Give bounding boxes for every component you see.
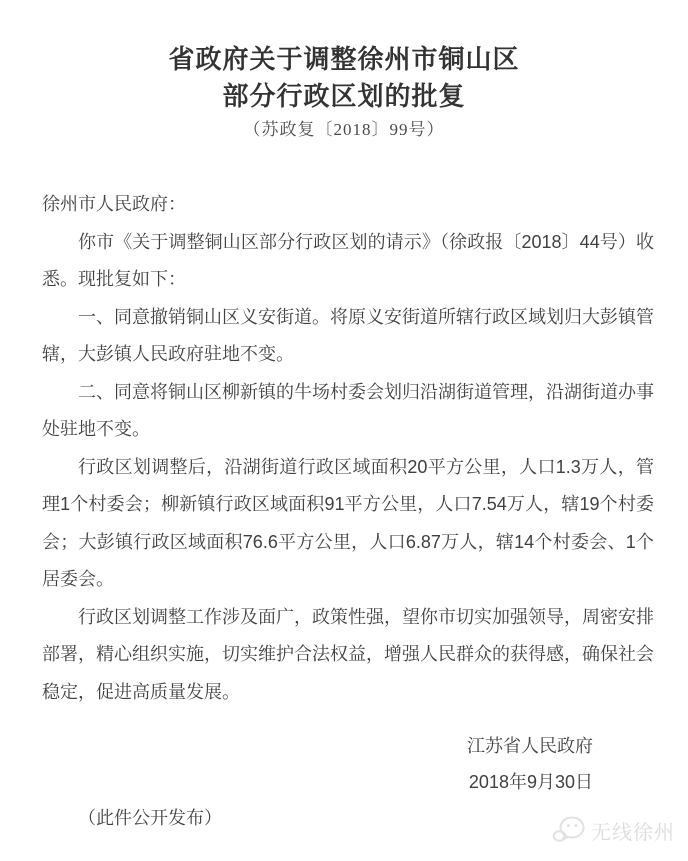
watermark-label: 无线徐州 [591, 816, 675, 845]
paragraph-requirements: 行政区划调整工作涉及面广，政策性强，望你市切实加强领导，周密安排部署，精心组织实… [42, 599, 654, 712]
signature-block: 江苏省人民政府 2018年9月30日 [42, 728, 654, 800]
document-title-line1: 省政府关于调整徐州市铜山区 [0, 41, 688, 78]
document-page: 省政府关于调整徐州市铜山区 部分行政区划的批复 （苏政复〔2018〕99号） 徐… [0, 0, 688, 861]
signature-issuer: 江苏省人民政府 [42, 728, 593, 764]
document-body: 徐州市人民政府： 你市《关于调整铜山区部分行政区划的请示》（徐政报〔2018〕4… [42, 186, 654, 836]
document-number: （苏政复〔2018〕99号） [0, 118, 688, 142]
signature-date: 2018年9月30日 [42, 764, 593, 800]
paragraph-statistics: 行政区划调整后，沿湖街道行政区域面积20平方公里，人口1.3万人，管理1个村委会… [42, 449, 654, 599]
document-title-line2: 部分行政区划的批复 [0, 78, 688, 115]
paragraph-item-1: 一、同意撤销铜山区义安街道。将原义安街道所辖行政区域划归大彭镇管辖，大彭镇人民政… [42, 299, 654, 374]
watermark: 无线徐州 [552, 814, 675, 846]
chat-bubbles-icon [552, 814, 586, 846]
paragraph-item-2: 二、同意将铜山区柳新镇的牛场村委会划归沿湖街道管理，沿湖街道办事处驻地不变。 [42, 374, 654, 449]
paragraph-intro: 你市《关于调整铜山区部分行政区划的请示》（徐政报〔2018〕44号）收悉。现批复… [42, 224, 654, 299]
document-title: 省政府关于调整徐州市铜山区 部分行政区划的批复 [0, 0, 688, 115]
salutation: 徐州市人民政府： [42, 186, 654, 224]
